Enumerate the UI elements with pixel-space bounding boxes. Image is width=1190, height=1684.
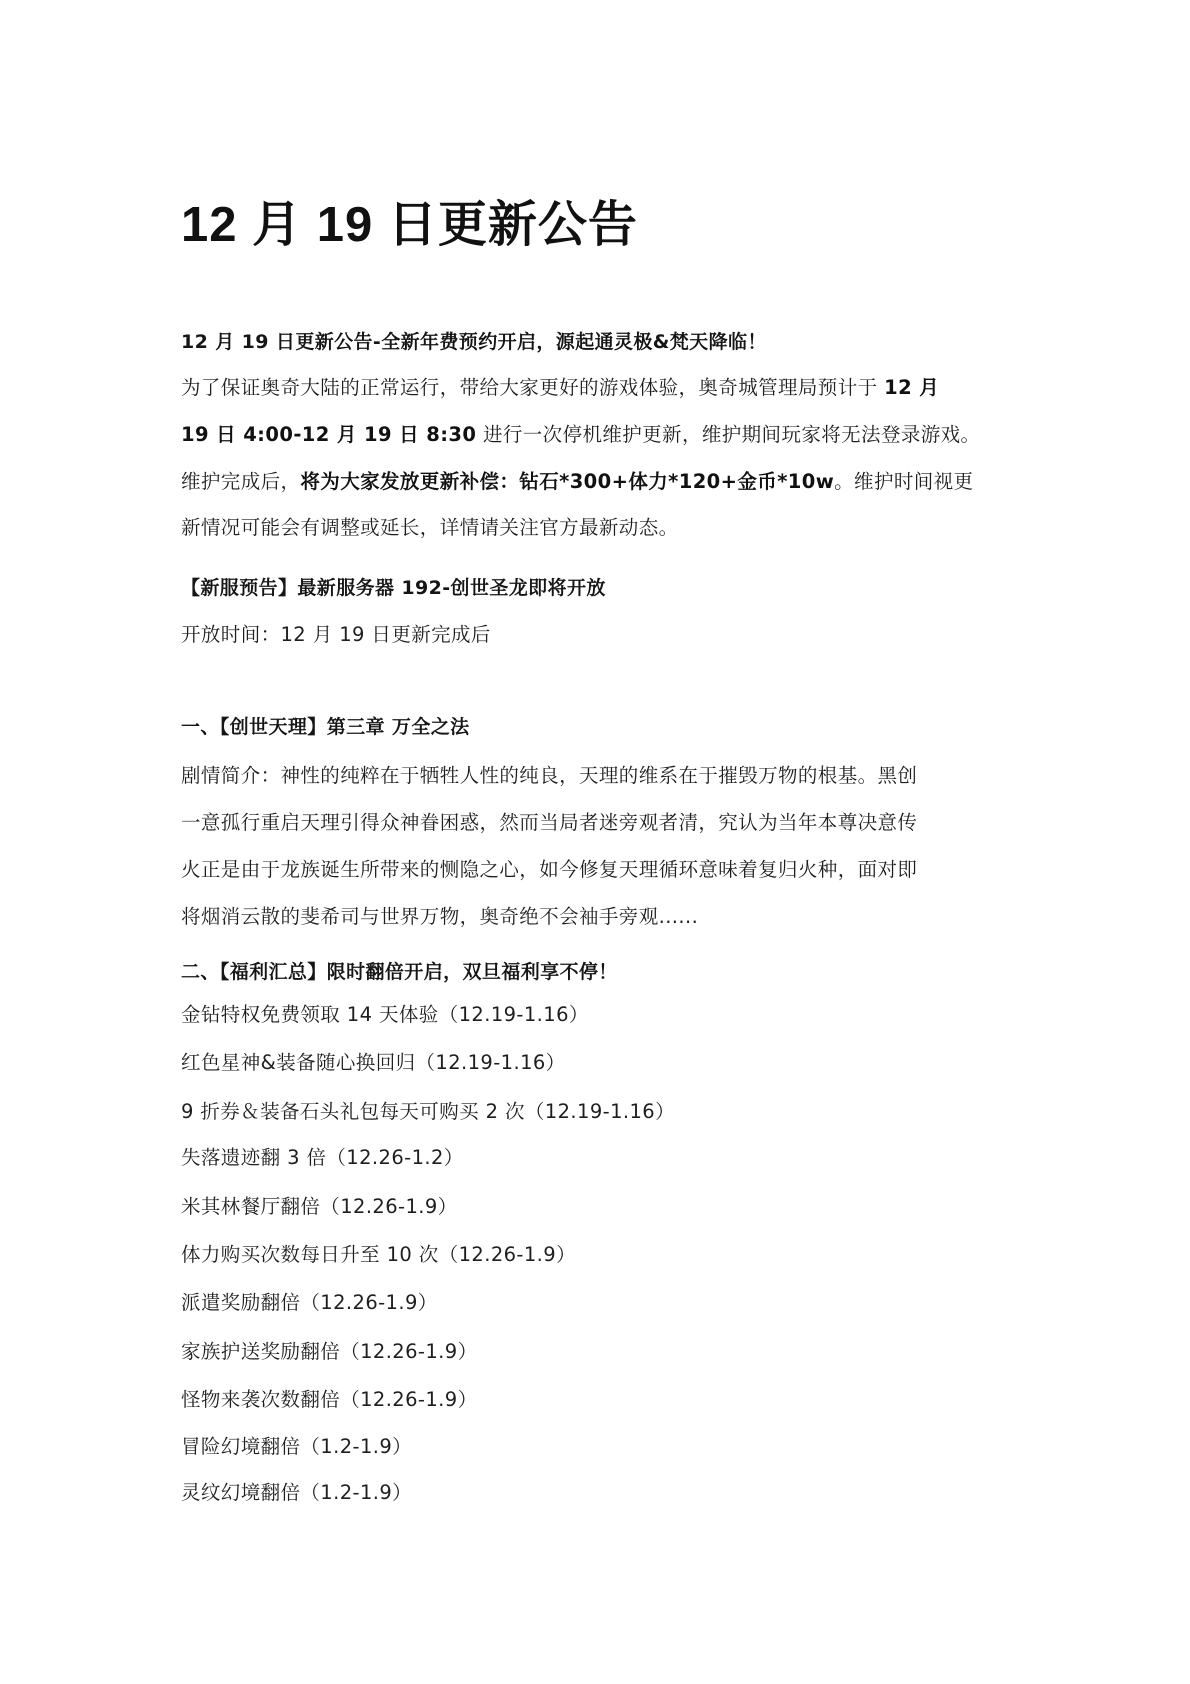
welfare-list-item: 金钻特权免费领取 14 天体验（12.19-1.16） <box>181 1000 589 1030</box>
intro-text: 为了保证奥奇大陆的正常运行，带给大家更好的游戏体验，奥奇城管理局预计于 <box>181 376 884 399</box>
intro-paragraph-line-1: 为了保证奥奇大陆的正常运行，带给大家更好的游戏体验，奥奇城管理局预计于 12 月 <box>181 373 939 403</box>
intro-paragraph-line-3: 维护完成后，将为大家发放更新补偿：钻石*300+体力*120+金币*10w。维护… <box>181 467 973 497</box>
intro-text: 维护完成后， <box>181 470 300 493</box>
welfare-list-item: 冒险幻境翻倍（1.2-1.9） <box>181 1432 412 1462</box>
intro-bold-date: 12 月 <box>884 376 939 399</box>
section1-line: 剧情简介：神性的纯粹在于牺牲人性的纯良，天理的维系在于摧毁万物的根基。黑创 <box>181 761 917 791</box>
section1-heading: 一、【创世天理】第三章 万全之法 <box>181 712 470 742</box>
intro-text: 进行一次停机维护更新，维护期间玩家将无法登录游戏。 <box>476 423 980 446</box>
welfare-list-item: 9 折券＆装备石头礼包每天可购买 2 次（12.19-1.16） <box>181 1097 675 1127</box>
welfare-list-item: 灵纹幻境翻倍（1.2-1.9） <box>181 1478 412 1508</box>
welfare-list-item: 米其林餐厅翻倍（12.26-1.9） <box>181 1192 458 1222</box>
intro-text: 新情况可能会有调整或延长，详情请关注官方最新动态。 <box>181 516 679 539</box>
intro-paragraph-line-4: 新情况可能会有调整或延长，详情请关注官方最新动态。 <box>181 513 679 543</box>
welfare-list-item: 派遣奖励翻倍（12.26-1.9） <box>181 1288 438 1318</box>
intro-heading: 12 月 19 日更新公告-全新年费预约开启，源起通灵极&梵天降临！ <box>181 327 767 357</box>
new-server-open-time: 开放时间：12 月 19 日更新完成后 <box>181 620 491 650</box>
intro-bold-compensation: 将为大家发放更新补偿：钻石*300+体力*120+金币*10w <box>300 470 834 493</box>
section1-line: 一意孤行重启天理引得众神眷困惑，然而当局者迷旁观者清，究认为当年本尊决意传 <box>181 808 917 838</box>
section1-line: 火正是由于龙族诞生所带来的恻隐之心，如今修复天理循环意味着复归火种，面对即 <box>181 855 917 885</box>
welfare-list-item: 体力购买次数每日升至 10 次（12.26-1.9） <box>181 1240 576 1270</box>
welfare-list-item: 家族护送奖励翻倍（12.26-1.9） <box>181 1337 477 1367</box>
intro-paragraph-line-2: 19 日 4:00-12 月 19 日 8:30 进行一次停机维护更新，维护期间… <box>181 420 980 450</box>
new-server-heading: 【新服预告】最新服务器 192-创世圣龙即将开放 <box>181 573 606 603</box>
intro-bold-time-range: 19 日 4:00-12 月 19 日 8:30 <box>181 423 476 446</box>
section2-heading: 二、【福利汇总】限时翻倍开启，双旦福利享不停！ <box>181 957 618 987</box>
welfare-list-item: 失落遗迹翻 3 倍（12.26-1.2） <box>181 1143 464 1173</box>
section1-line: 将烟消云散的斐希司与世界万物，奥奇绝不会袖手旁观...... <box>181 902 698 932</box>
intro-text: 。维护时间视更 <box>834 470 973 493</box>
welfare-list-item: 红色星神&装备随心换回归（12.19-1.16） <box>181 1048 566 1078</box>
page-title: 12 月 19 日更新公告 <box>181 196 638 254</box>
welfare-list-item: 怪物来袭次数翻倍（12.26-1.9） <box>181 1385 477 1415</box>
